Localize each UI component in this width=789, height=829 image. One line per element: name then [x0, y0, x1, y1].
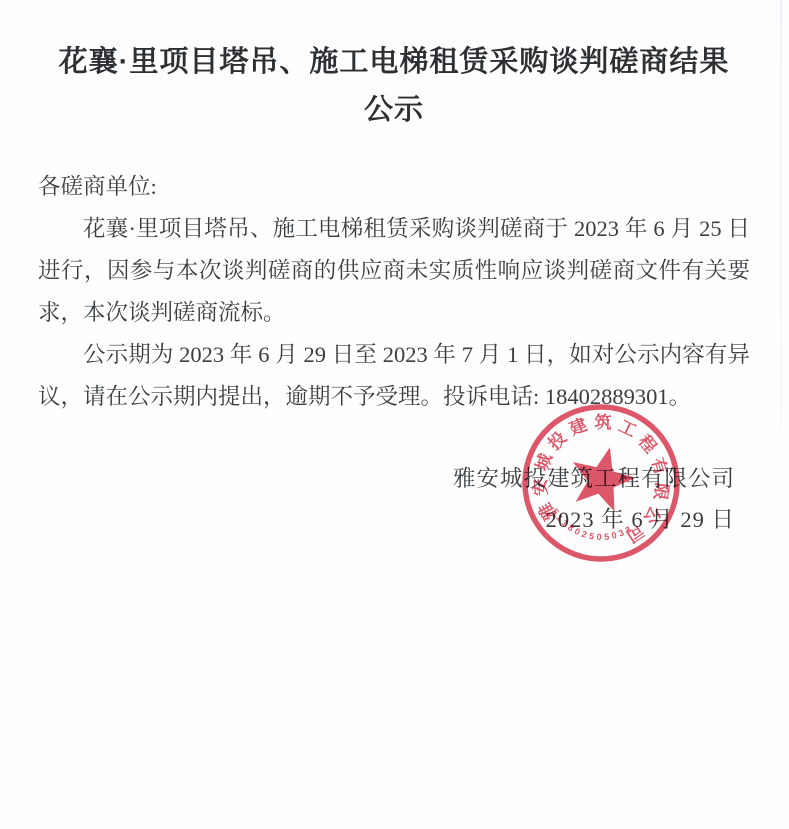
svg-text:投: 投 [544, 428, 570, 454]
signature-date: 2023 年 6 月 29 日 [453, 499, 735, 540]
paragraph-1: 花襄·里项目塔吊、施工电梯租赁采购谈判磋商于 2023 年 6 月 25 日进行… [38, 208, 750, 334]
signature-block: 雅安城投建筑工程有限公司 2023 年 6 月 29 日 [453, 458, 735, 540]
signature-company: 雅安城投建筑工程有限公司 [453, 458, 735, 499]
paragraph-2: 公示期为 2023 年 6 月 29 日至 2023 年 7 月 1 日，如对公… [38, 334, 750, 418]
page-title: 花襄·里项目塔吊、施工电梯租赁采购谈判磋商结果公示 [44, 38, 744, 134]
document-body: 各磋商单位: 花襄·里项目塔吊、施工电梯租赁采购谈判磋商于 2023 年 6 月… [38, 166, 750, 418]
svg-text:工: 工 [616, 416, 640, 441]
salutation: 各磋商单位: [38, 166, 750, 208]
svg-text:程: 程 [635, 431, 661, 457]
document-page: 花襄·里项目塔吊、施工电梯租赁采购谈判磋商结果公示 各磋商单位: 花襄·里项目塔… [0, 0, 789, 829]
